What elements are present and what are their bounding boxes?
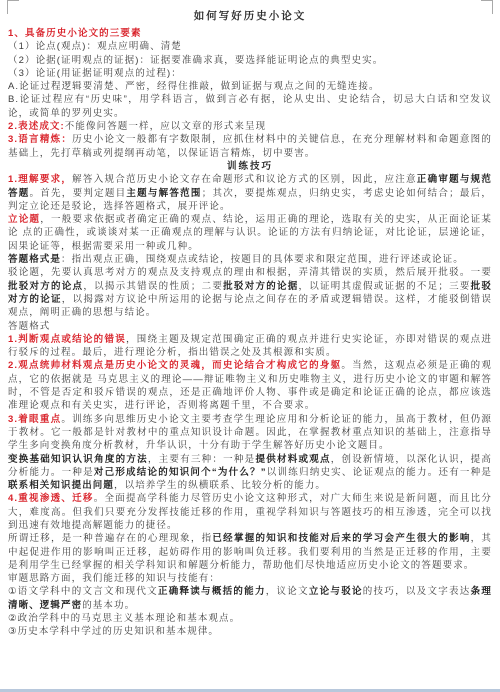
text-run: 。首先，要判定题目 [30,188,127,199]
emphasis-bold-run: 已经掌握的知识和技能对后来的学习会产生很大的影响 [212,533,470,544]
text-run: 历史小论文一般都有字数限制，应抓住材料中的关键信息，在充分理解材料和命题意图的基… [8,134,492,158]
document-body: 1、具备历史小论文的三要素（1）论点(观点)：观点应明确、清楚（2）论据(证明观… [0,27,500,639]
emphasis-bold-run: 主题与解答范围 [126,188,201,199]
paragraph: ①语文学科中的文言文和现代文正确释读与概括的能力，议论文立论与驳论的技巧，以及文… [8,585,492,612]
paragraph: 审题思路方面，我们能迁移的知识与技能有： [8,572,492,585]
text-run: 以训练归纳史实、论证观点的能力。还有一种是 [267,467,492,478]
emphasis-red-run: 2.观点统帅材料观点是历史小论文的灵魂，而史论结合才构成它的身躯 [8,360,341,371]
text-run: ，以证明其虚假或证据的不足；三要 [298,281,470,292]
document-page: 如何写好历史小论文 1、具备历史小论文的三要素（1）论点(观点)：观点应明确、清… [0,0,500,692]
emphasis-bold-run: 正确释读与概括的能力 [158,586,266,597]
text-run: ，一般要求依据或者确定正确的观点、结论，运用正确的理论，选取有关的史实，从正面论… [8,214,492,252]
paragraph: 驳论题，先要认真思考对方的观点及支持观点的理由和根据，弄清其错误的实质，然后展开… [8,266,492,319]
text-run: 审题思路方面，我们能迁移的知识与技能有： [8,573,220,584]
text-run: 。训练多向思维历史小论文主要考查学生理论应用和分析论证的能力，虽高于教材，但仍源… [8,414,492,452]
emphasis-bold-run: 立论与驳论 [309,586,363,597]
page-margin-mark-top-left [7,0,19,14]
emphasis-bold-run: 联系相关知识提出问题 [8,480,114,491]
text-run: ，议论文 [266,586,309,597]
paragraph: 答题格式 [8,320,492,333]
paragraph: 立论题，一般要求依据或者确定正确的观点、结论，运用正确的理论，选取有关的史实，从… [8,213,492,253]
paragraph: 答题格式是：指出观点正确，围绕观点或结论，按题目的具体要求和限定范围，进行评述或… [8,253,492,266]
text-run: A.论证过程逻辑要清楚、严密，经得住推敲，做到证据与观点之间的无缝连接。 [8,81,380,92]
paragraph: ②政治学科中的马克思主义基本理论和基本观点。 [8,612,492,625]
emphasis-bold-run: 批驳对方的论据 [223,281,298,292]
emphasis-bold-run: 对己形成结论的知识问个“为什么？” [94,467,267,478]
text-run: 答题格式 [8,321,50,332]
text-run: （3）论证(用证据证明观点的过程)： [8,68,182,79]
paragraph: B.论证过程应有“历史味”，用学科语言，做到言必有据，论从史出、史论结合，切忌大… [8,93,492,120]
emphasis-red-run: 3.着眼重点 [8,414,61,425]
emphasis-red-run: 4.重视渗透、迁移 [8,493,94,504]
paragraph: 4.重视渗透、迁移。全面提高学科能力尽管历史小论文这种形式，对广大师生来说是新问… [8,492,492,532]
emphasis-red-run: 1.理解要求， [8,174,72,185]
paragraph: 1.理解要求，解答入规合范历史小论文存在命题形式和议论方式的区别，因此，应注意正… [8,173,492,213]
text-run: 驳论题，先要认真思考对方的观点及支持观点的理由和根据，弄清其错误的实质，然后展开… [8,267,492,278]
text-run: ：指出观点正确，围绕观点或结论，按题目的具体要求和限定范围，进行评述或论证。 [61,254,464,265]
paragraph: 2.观点统帅材料观点是历史小论文的灵魂，而史论结合才构成它的身躯。当然，这观点必… [8,359,492,412]
text-run: 不能像问答题一样，应以文章的形式来呈现 [65,121,266,132]
paragraph: 变换基础知识认识角度的方法，主要有三种：一种是提供材料或观点，创设新情境，以深化… [8,453,492,493]
text-run: 所谓迁移，是一种普遍存在的心理现象，指 [8,533,212,544]
section-heading: 训练技巧 [8,160,492,173]
paragraph: （3）论证(用证据证明观点的过程)： [8,67,492,80]
page-title: 如何写好历史小论文 [0,0,500,27]
emphasis-bold-run: 答题格式是 [8,254,61,265]
text-run: ，以揭示其错误的性质；二要 [83,281,223,292]
text-run: ，以培养学生的纵横联系、比较分析的能力。 [114,480,326,491]
paragraph: A.论证过程逻辑要清楚、严密，经得住推敲，做到证据与观点之间的无缝连接。 [8,80,492,93]
text-run: ，主要有三种：一种是 [148,454,256,465]
paragraph: （1）论点(观点)：观点应明确、清楚 [8,40,492,53]
text-run: （1）论点(观点)：观点应明确、清楚 [8,41,182,52]
page-margin-mark-top-right [481,0,493,14]
text-run: B.论证过程应有“历史味”，用学科语言，做到言必有据，论从史出、史论结合，切忌大… [8,94,492,118]
text-run: 的技巧，以及文字表达 [363,586,471,597]
emphasis-bold-run: 训练技巧 [227,161,273,172]
text-run: ①语文学科中的文言文和现代文 [8,586,158,597]
paragraph: ③历史本学科中学过的历史知识和基本规律。 [8,625,492,638]
emphasis-red-run: 1、具备历史小论文的三要素 [8,28,142,39]
text-run: 解答入规合范历史小论文存在命题形式和议论方式的区别，因此，应注意 [72,174,417,185]
paragraph: （2）论据(证明观点的证据)：证据要准确求真，要选择能证明论点的典型史实。 [8,54,492,67]
text-run: 的基本功。 [82,600,135,611]
emphasis-red-run: 立论题 [8,214,40,225]
text-run: ③历史本学科中学过的历史知识和基本规律。 [8,626,219,637]
paragraph: 1、具备历史小论文的三要素 [8,27,492,40]
text-run: （2）论据(证明观点的证据)：证据要准确求真，要选择能证明论点的典型史实。 [8,55,383,66]
emphasis-red-run: 2.表述成文: [8,121,65,132]
paragraph: 3.语言精炼：历史小论文一般都有字数限制，应抓住材料中的关键信息，在充分理解材料… [8,133,492,160]
emphasis-bold-run: 变换基础知识认识角度的方法 [8,454,148,465]
emphasis-red-run: 1.判断观点或结论的错误 [8,334,126,345]
paragraph: 3.着眼重点。训练多向思维历史小论文主要考查学生理论应用和分析论证的能力，虽高于… [8,413,492,453]
emphasis-bold-run: 批驳对方的论点 [8,281,83,292]
text-run: ②政治学科中的马克思主义基本理论和基本观点。 [8,613,240,624]
text-run: ，以揭露对方议论中所运用的论据与论点之间存在的矛盾或逻辑错误。这样，才能驳倒错误… [8,294,492,318]
paragraph: 2.表述成文:不能像问答题一样，应以文章的形式来呈现 [8,120,492,133]
emphasis-bold-run: 提供材料或观点 [255,454,330,465]
paragraph: 1.判断观点或结论的错误，围绕主题及规定范围确定正确的观点并进行史实论证，亦即对… [8,333,492,360]
emphasis-red-run: 3.语言精炼： [8,134,72,145]
paragraph: 所谓迁移，是一种普遍存在的心理现象，指已经掌握的知识和技能对后来的学习会产生很大… [8,532,492,572]
